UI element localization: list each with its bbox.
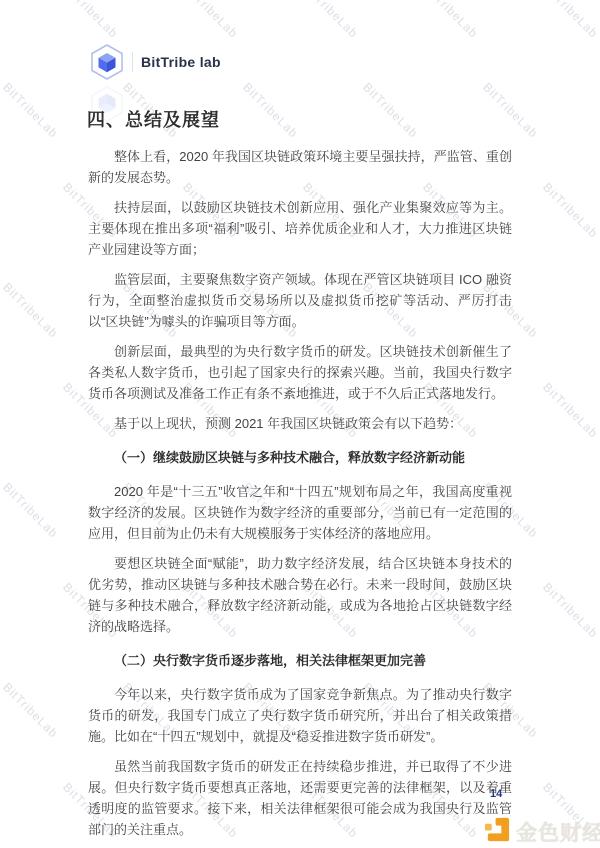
paragraph: 2020 年是“十三五”收官之年和“十四五”规划布局之年，我国高度重视数字经济的… — [88, 481, 512, 544]
jinse-icon — [484, 816, 511, 848]
watermark-text: BitTribeLab — [0, 480, 61, 541]
watermark-text: BitTribeLab — [60, 0, 121, 41]
paragraph: 整体上看，2020 年我国区块链政策环境主要呈强扶持，严监管、重创新的发展态势。 — [88, 146, 512, 188]
report-page: BitTribeLabBitTribeLabBitTribeLabBitTrib… — [0, 0, 600, 848]
watermark-text: BitTribeLab — [360, 80, 421, 141]
watermark-text: BitTribeLab — [540, 0, 600, 41]
logo-reflection — [90, 81, 124, 122]
watermark-text: BitTribeLab — [180, 0, 241, 41]
jinse-logo: 金色财经 — [484, 816, 600, 848]
watermark-text: BitTribeLab — [0, 180, 1, 241]
bittribe-cube-icon — [90, 44, 124, 80]
sub-heading: （一）继续鼓励区块链与多种技术融合，释放数字经济新动能 — [88, 447, 512, 468]
brand-logo: BitTribe lab — [90, 44, 221, 80]
paragraph: 虽然当前我国数字货币的研发正在持续稳步推进，并已取得了不少进展。但央行数字货币要… — [88, 756, 512, 840]
watermark-text: BitTribeLab — [0, 780, 1, 841]
paragraph: 今年以来，央行数字货币成为了国家竞争新焦点。为了推动央行数字货币的研发，我国专门… — [88, 684, 512, 747]
watermark-text: BitTribeLab — [0, 280, 61, 341]
paragraph: 创新层面，最典型的为央行数字货币的研发。区块链技术创新催生了各类私人数字货币，也… — [88, 341, 512, 404]
watermark-text: BitTribeLab — [0, 580, 1, 641]
watermark-text: BitTribeLab — [420, 0, 481, 41]
paragraph: 扶持层面，以鼓励区块链技术创新应用、强化产业集聚效应等为主。主要体现在推出多项“… — [88, 197, 512, 260]
watermark-text: BitTribeLab — [540, 180, 600, 241]
brand-name: BitTribe lab — [141, 54, 221, 70]
watermark-text: BitTribeLab — [0, 80, 61, 141]
watermark-text: BitTribeLab — [540, 380, 600, 441]
watermark-text: BitTribeLab — [240, 80, 301, 141]
watermark-text: BitTribeLab — [0, 380, 1, 441]
watermark-text: BitTribeLab — [0, 680, 61, 741]
paragraph: 监管层面，主要聚焦数字资产领域。体现在严管区块链项目 ICO 融资行为，全面整治… — [88, 269, 512, 332]
paragraph: 要想区块链全面“赋能”，助力数字经济发展，结合区块链本身技术的优劣势，推动区块链… — [88, 553, 512, 637]
page-number: 14 — [490, 788, 502, 800]
watermark-text: BitTribeLab — [540, 580, 600, 641]
watermark-text: BitTribeLab — [480, 80, 541, 141]
jinse-logo-text: 金色财经 — [516, 817, 600, 847]
sub-heading: （二）央行数字货币逐步落地，相关法律框架更加完善 — [88, 650, 512, 671]
watermark-text: BitTribeLab — [0, 0, 1, 41]
document-body: 整体上看，2020 年我国区块链政策环境主要呈强扶持，严监管、重创新的发展态势。… — [88, 146, 512, 848]
paragraph: 基于以上现状，预测 2021 年我国区块链政策会有以下趋势： — [88, 413, 512, 434]
logo-divider — [132, 52, 133, 72]
watermark-text: BitTribeLab — [300, 0, 361, 41]
